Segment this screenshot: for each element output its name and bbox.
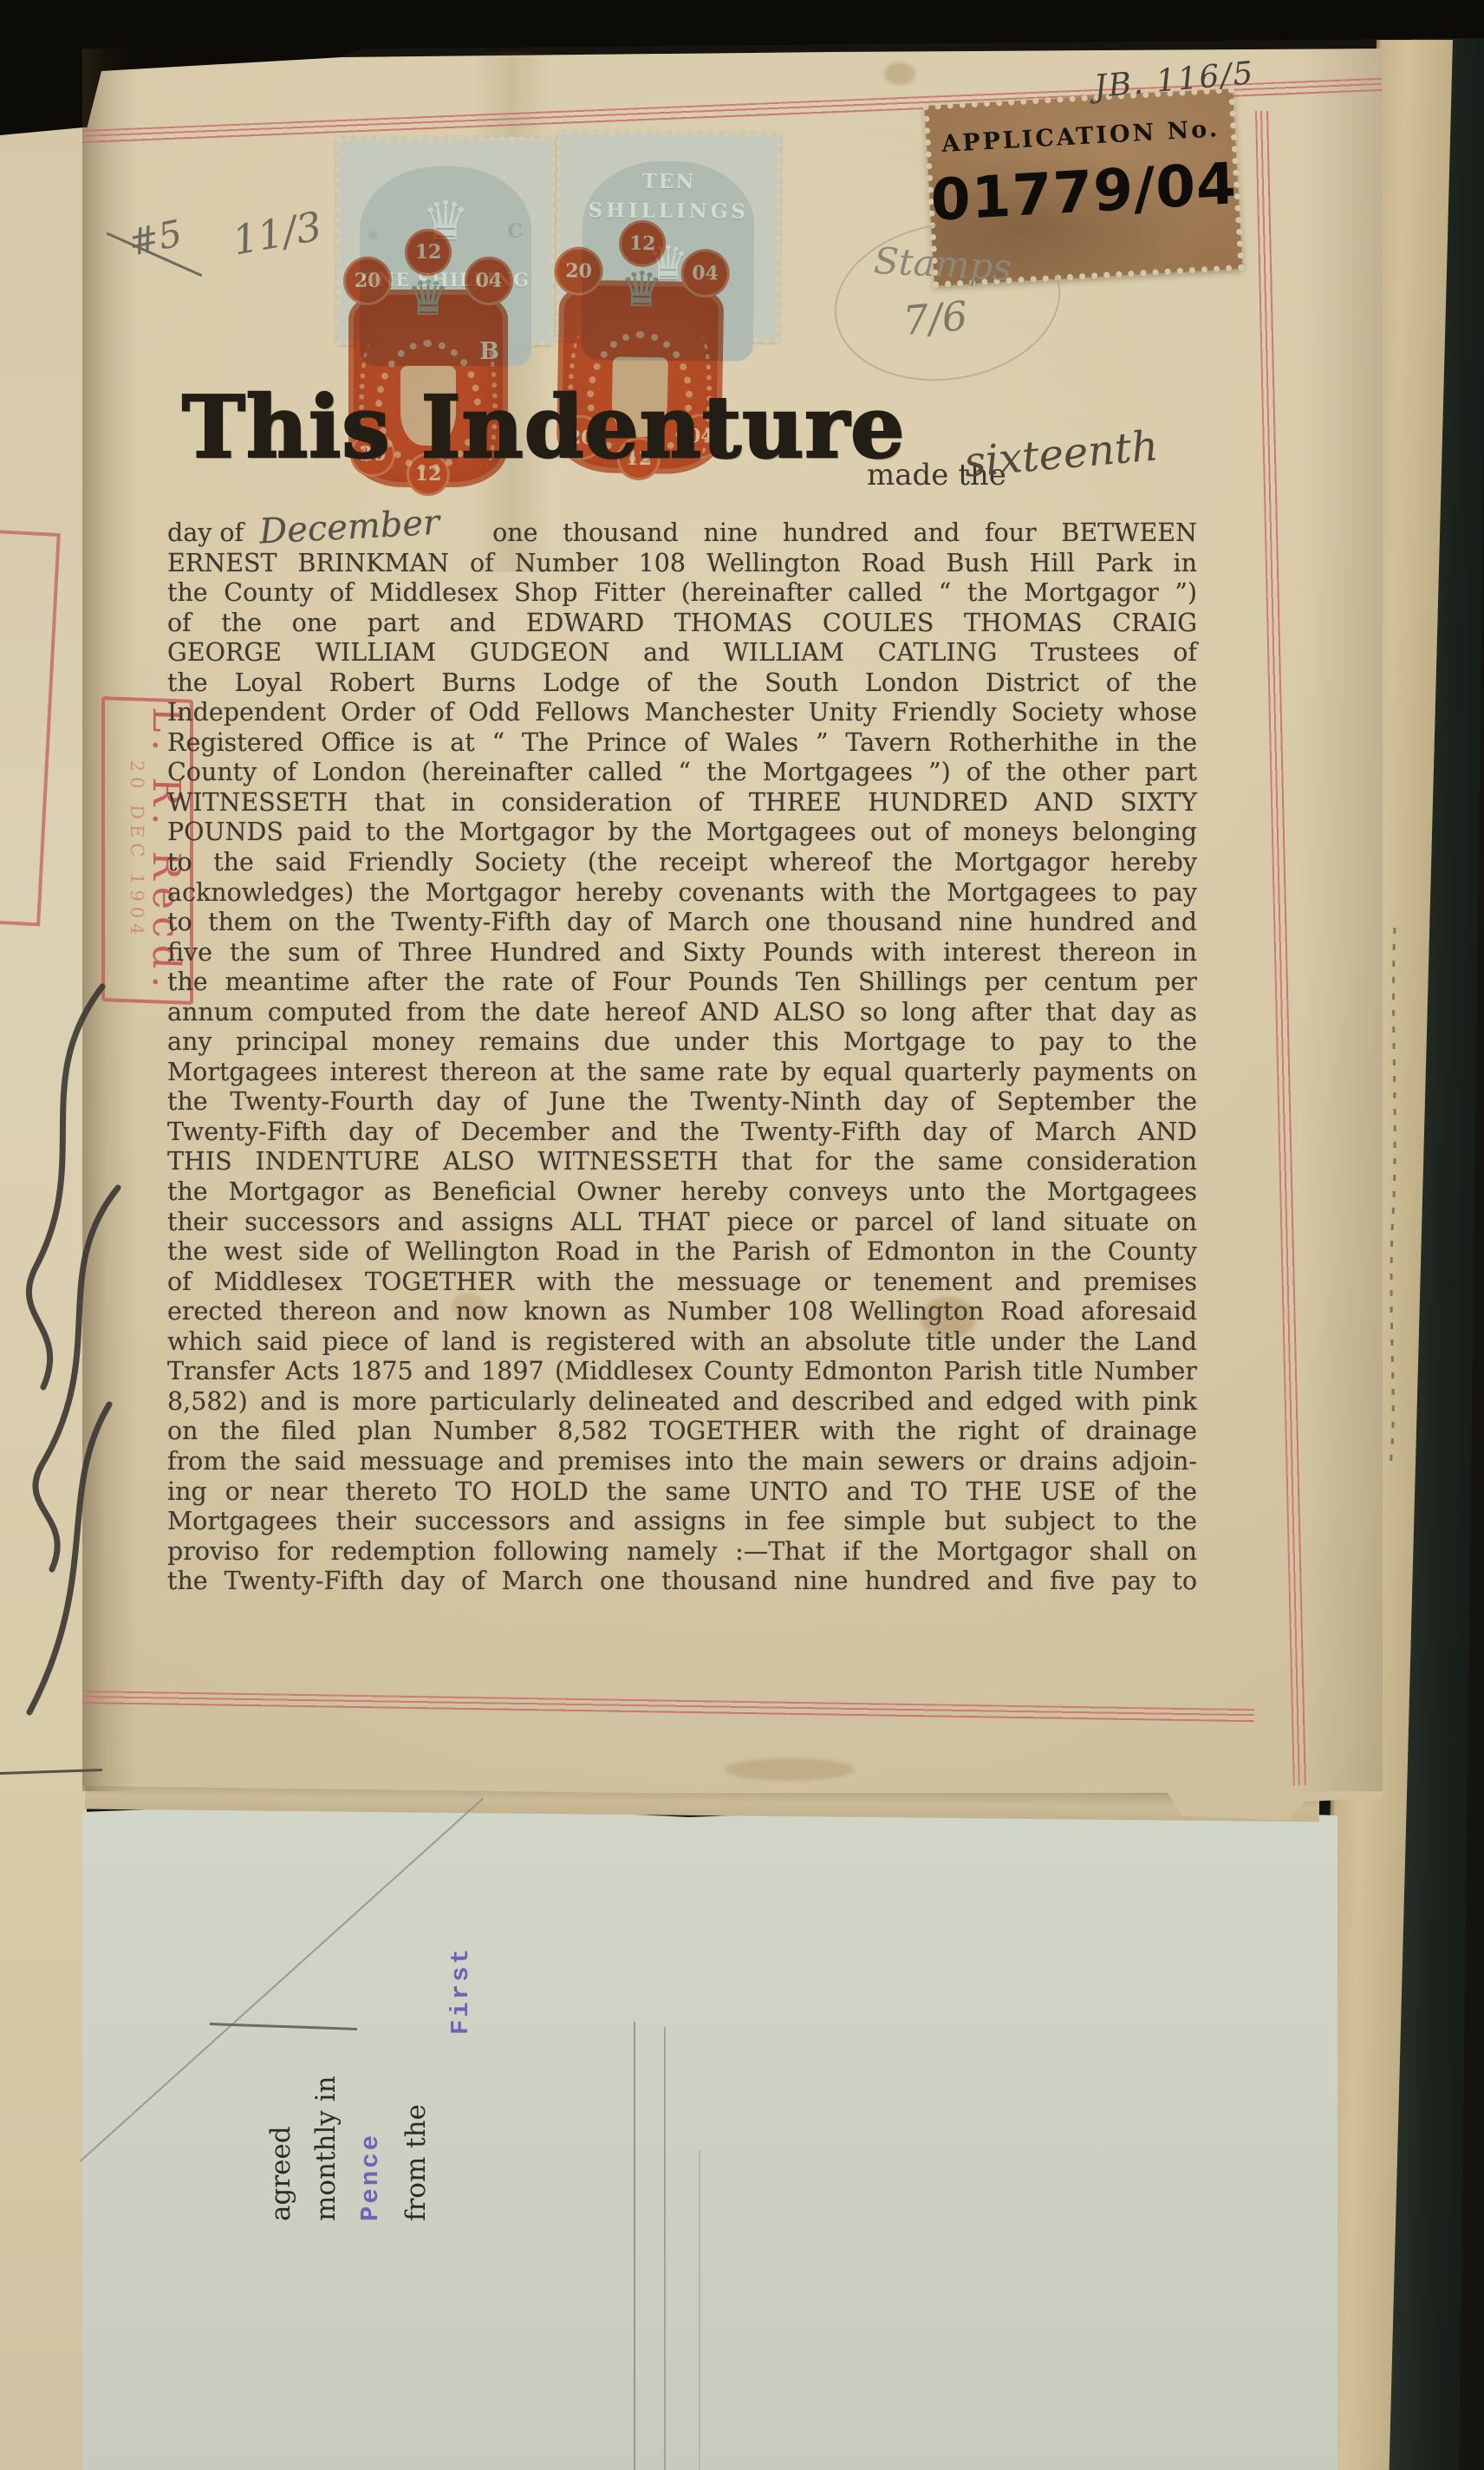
paper-stain — [725, 1758, 855, 1781]
body-line: the Twenty-Fifth day of March one thousa… — [167, 1567, 1197, 1597]
body-line: erected thereon and now known as Number … — [167, 1297, 1197, 1327]
crown-icon: ♛ — [620, 262, 664, 319]
body-line: 8,582) and is more particularly delineat… — [167, 1387, 1197, 1417]
body-line: County of London (hereinafter called “ t… — [167, 758, 1197, 788]
body-line: Registered Office is at “ The Prince of … — [167, 728, 1197, 759]
handwritten-month: December — [258, 505, 480, 547]
line1-rest: one thousand nine hundred and four BETWE… — [492, 518, 1197, 549]
fold-crease-vertical-2 — [664, 2027, 666, 2470]
rotated-line: monthly in — [303, 1848, 348, 2221]
stamp-denomination-line2: SHILLINGS — [583, 199, 754, 224]
rotated-line: Pence — [348, 1848, 394, 2221]
cancel-month: 12 — [619, 220, 667, 268]
body-line: proviso for redemption following namely … — [167, 1537, 1197, 1567]
body-line: Transfer Acts 1875 and 1897 (Middlesex C… — [167, 1357, 1197, 1387]
rotated-line: First — [439, 1848, 484, 2221]
cancel-month: 12 — [405, 229, 452, 276]
body-line: the Loyal Robert Burns Lodge of the Sout… — [167, 668, 1197, 699]
body-line: the County of Middlesex Shop Fitter (her… — [167, 578, 1197, 609]
body-line: to them on the Twenty-Fifth day of March… — [167, 908, 1197, 938]
body-line: any principal money remains due under th… — [167, 1027, 1197, 1058]
body-line: acknowledges) the Mortgagor hereby coven… — [167, 878, 1197, 909]
application-number: 01779/04 — [929, 150, 1239, 234]
cancel-year: 04 — [465, 257, 513, 305]
body-line: ing or near thereto TO HOLD the same UNT… — [167, 1477, 1197, 1508]
rotated-line: from the — [394, 1848, 439, 2221]
body-line: to the said Friendly Society (the receip… — [167, 848, 1197, 878]
body-line: THIS INDENTURE ALSO WITNESSETH that for … — [167, 1147, 1197, 1177]
body-line-first: day of December one thousand nine hundre… — [167, 518, 1197, 549]
body-line: the Twenty-Fourth day of June the Twenty… — [167, 1087, 1197, 1118]
page-right-shading — [1300, 49, 1383, 1791]
pencil-stamps-note: Stamps — [873, 239, 1012, 289]
body-line: Twenty-Fifth day of December and the Twe… — [167, 1118, 1197, 1148]
fold-crease-vertical-1 — [634, 2022, 635, 2470]
crown-icon: ♛ — [407, 270, 450, 327]
deed-body-text: day of December one thousand nine hundre… — [167, 518, 1197, 1597]
edge-bleed-marks — [1382, 919, 1408, 1474]
rotated-line: agreed — [258, 1848, 303, 2221]
line1-prefix: day of — [167, 518, 244, 549]
body-line: Mortgagees interest thereon at the same … — [167, 1058, 1197, 1088]
rotated-typed-fragment: agreedmonthly inPencefrom theFirst — [258, 1848, 487, 2221]
body-line: which said piece of land is registered w… — [167, 1327, 1197, 1358]
cancel-day: 20 — [343, 257, 392, 305]
document-title-blackletter: This Indenture — [182, 378, 905, 478]
pencil-amount: 7/6 — [901, 292, 969, 344]
body-line: annum computed from the date hereof AND … — [167, 998, 1197, 1028]
stamp-denomination-line1: TEN — [583, 169, 754, 194]
signature-ink — [0, 980, 139, 1743]
body-line: on the filed plan Number 8,582 TOGETHER … — [167, 1417, 1197, 1447]
body-line: their successors and assigns ALL THAT pi… — [167, 1208, 1197, 1238]
body-line: of Middlesex TOGETHER with the messuage … — [167, 1268, 1197, 1298]
body-line: ERNEST BRINKMAN of Number 108 Wellington… — [167, 549, 1197, 579]
body-line: POUNDS paid to the Mortgagor by the Mort… — [167, 818, 1197, 848]
body-line: the meantime after the rate of Four Poun… — [167, 968, 1197, 998]
fold-crease-vertical-3 — [699, 2150, 700, 2470]
body-line: five the sum of Three Hundred and Sixty … — [167, 938, 1197, 968]
body-line: from the said messuage and premises into… — [167, 1447, 1197, 1477]
paper-stain — [884, 62, 915, 85]
body-line: the Mortgagor as Beneficial Owner hereby… — [167, 1177, 1197, 1208]
body-line: Mortgagees their successors and assigns … — [167, 1507, 1197, 1537]
cancel-year: 04 — [680, 249, 730, 298]
body-lines: ERNEST BRINKMAN of Number 108 Wellington… — [167, 549, 1197, 1597]
scanned-document-photo: agreedmonthly inPencefrom theFirst ♛ C ❀… — [0, 0, 1484, 2470]
body-line: WITNESSETH that in consideration of THRE… — [167, 788, 1197, 818]
body-line: Independent Order of Odd Fellows Manches… — [167, 698, 1197, 728]
received-stamp-date: 20 DEC 1904 — [127, 701, 147, 1000]
body-line: GEORGE WILLIAM GUDGEON and WILLIAM CATLI… — [167, 638, 1197, 668]
body-line: the west side of Wellington Road in the … — [167, 1237, 1197, 1268]
body-line: of the one part and EDWARD THOMAS COULES… — [167, 609, 1197, 639]
